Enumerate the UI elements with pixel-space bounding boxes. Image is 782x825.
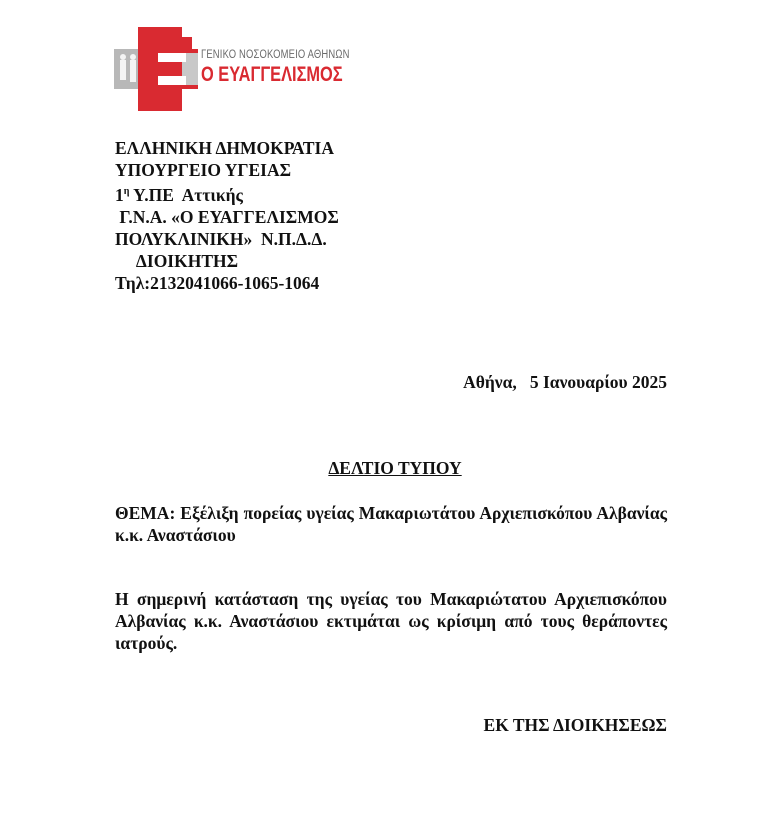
header-line-phone: Τηλ:2132041066-1065-1064 — [115, 272, 339, 294]
signature: ΕΚ ΤΗΣ ΔΙΟΙΚΗΣΕΩΣ — [484, 715, 667, 736]
letterhead: ΕΛΛΗΝΙΚΗ ΔΗΜΟΚΡΑΤΙΑ ΥΠΟΥΡΓΕΙΟ ΥΓΕΙΑΣ 1η … — [115, 137, 339, 294]
document-title: ΔΕΛΤΙΟ ΤΥΠΟΥ — [0, 458, 782, 479]
header-line-hospital: Γ.Ν.Α. «Ο ΕΥΑΓΓΕΛΙΣΜΟΣ — [115, 206, 339, 228]
logo-hospital-name: ΓΕΝΙΚΟ ΝΟΣΟΚΟΜΕΙΟ ΑΘΗΝΩΝ — [201, 49, 350, 61]
document-date: Αθήνα, 5 Ιανουαρίου 2025 — [463, 372, 667, 393]
hospital-logo: ΓΕΝΙΚΟ ΝΟΣΟΚΟΜΕΙΟ ΑΘΗΝΩΝ Ο ΕΥΑΓΓΕΛΙΣΜΟΣ — [114, 27, 366, 111]
subject-line: ΘΕΜΑ: Εξέλιξη πορείας υγείας Μακαριωτάτο… — [115, 502, 667, 546]
header-line-health-region: 1η Υ.ΠΕ Αττικής — [115, 181, 339, 206]
header-line-polyclinic: ΠΟΛΥΚΛΙΝΙΚΗ» Ν.Π.Δ.Δ. — [115, 228, 339, 250]
header-line-ministry: ΥΠΟΥΡΓΕΙΟ ΥΓΕΙΑΣ — [115, 159, 339, 181]
body-paragraph: Η σημερινή κατάσταση της υγείας του Μακα… — [115, 588, 667, 654]
logo-hospital-title: Ο ΕΥΑΓΓΕΛΙΣΜΟΣ — [201, 63, 343, 87]
header-line-republic: ΕΛΛΗΝΙΚΗ ΔΗΜΟΚΡΑΤΙΑ — [115, 137, 339, 159]
header-line-director: ΔΙΟΙΚΗΤΗΣ — [115, 250, 339, 272]
